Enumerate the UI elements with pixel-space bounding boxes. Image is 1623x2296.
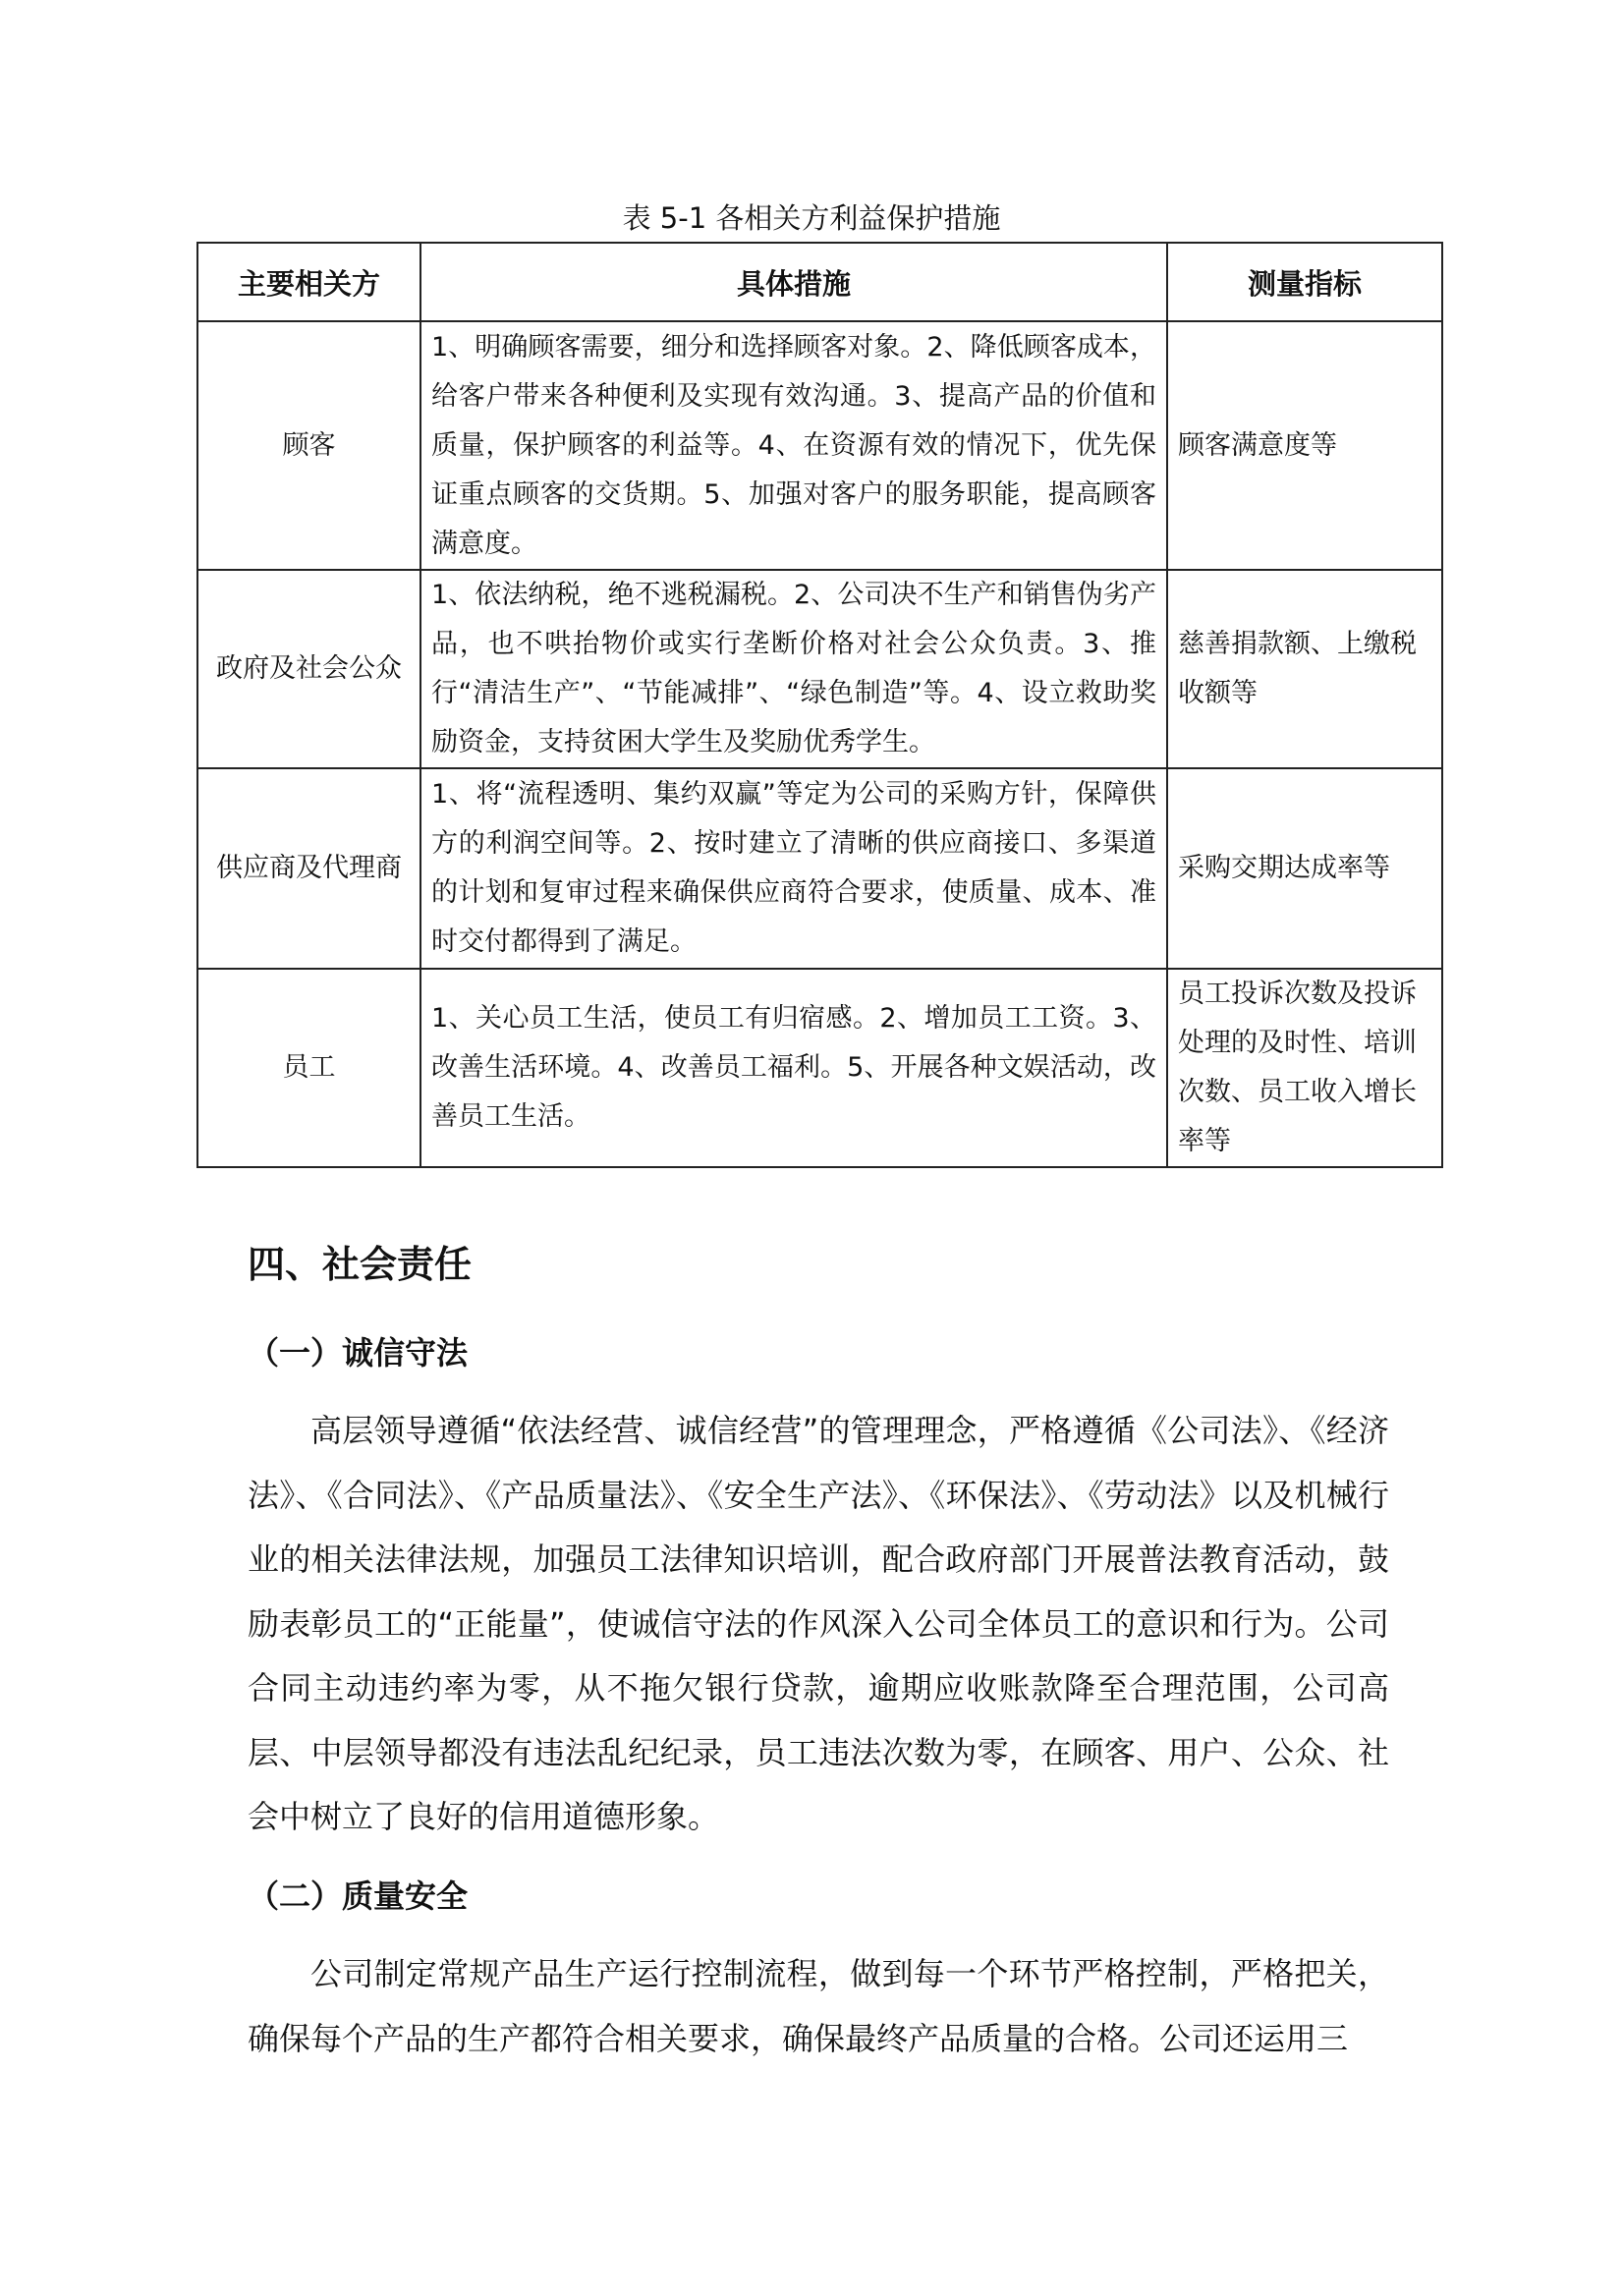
header-measures: 具体措施 xyxy=(420,243,1167,321)
paragraph-integrity: 高层领导遵循“依法经营、诚信经营”的管理理念，严格遵循《公司法》、《经济法》、《… xyxy=(248,1399,1389,1850)
table-row: 员工 1、关心员工生活，使员工有归宿感。2、增加员工工资。3、改善生活环境。4、… xyxy=(197,969,1442,1167)
indicator-cell: 采购交期达成率等 xyxy=(1167,768,1442,969)
indicator-cell: 顾客满意度等 xyxy=(1167,321,1442,570)
measures-cell: 1、明确顾客需要，细分和选择顾客对象。2、降低顾客成本，给客户带来各种便利及实现… xyxy=(420,321,1167,570)
subsection-heading-quality: （二）质量安全 xyxy=(248,1875,468,1918)
party-cell: 员工 xyxy=(197,969,420,1167)
table-row: 顾客 1、明确顾客需要，细分和选择顾客对象。2、降低顾客成本，给客户带来各种便利… xyxy=(197,321,1442,570)
measures-cell: 1、将“流程透明、集约双赢”等定为公司的采购方针，保障供方的利润空间等。2、按时… xyxy=(420,768,1167,969)
section-heading: 四、社会责任 xyxy=(248,1240,472,1289)
header-indicator: 测量指标 xyxy=(1167,243,1442,321)
table-caption: 表 5-1 各相关方利益保护措施 xyxy=(0,198,1623,238)
subsection-heading-integrity: （一）诚信守法 xyxy=(248,1331,468,1374)
table-row: 供应商及代理商 1、将“流程透明、集约双赢”等定为公司的采购方针，保障供方的利润… xyxy=(197,768,1442,969)
header-party: 主要相关方 xyxy=(197,243,420,321)
measures-cell: 1、关心员工生活，使员工有归宿感。2、增加员工工资。3、改善生活环境。4、改善员… xyxy=(420,969,1167,1167)
stakeholder-table: 主要相关方 具体措施 测量指标 顾客 1、明确顾客需要，细分和选择顾客对象。2、… xyxy=(196,242,1443,1168)
indicator-cell: 员工投诉次数及投诉处理的及时性、培训次数、员工收入增长率等 xyxy=(1167,969,1442,1167)
measures-cell: 1、依法纳税，绝不逃税漏税。2、公司决不生产和销售伪劣产品，也不哄抬物价或实行垄… xyxy=(420,570,1167,768)
paragraph-quality: 公司制定常规产品生产运行控制流程，做到每一个环节严格控制，严格把关，确保每个产品… xyxy=(248,1942,1389,2071)
party-cell: 供应商及代理商 xyxy=(197,768,420,969)
indicator-cell: 慈善捐款额、上缴税收额等 xyxy=(1167,570,1442,768)
party-cell: 政府及社会公众 xyxy=(197,570,420,768)
table-header-row: 主要相关方 具体措施 测量指标 xyxy=(197,243,1442,321)
table-row: 政府及社会公众 1、依法纳税，绝不逃税漏税。2、公司决不生产和销售伪劣产品，也不… xyxy=(197,570,1442,768)
party-cell: 顾客 xyxy=(197,321,420,570)
